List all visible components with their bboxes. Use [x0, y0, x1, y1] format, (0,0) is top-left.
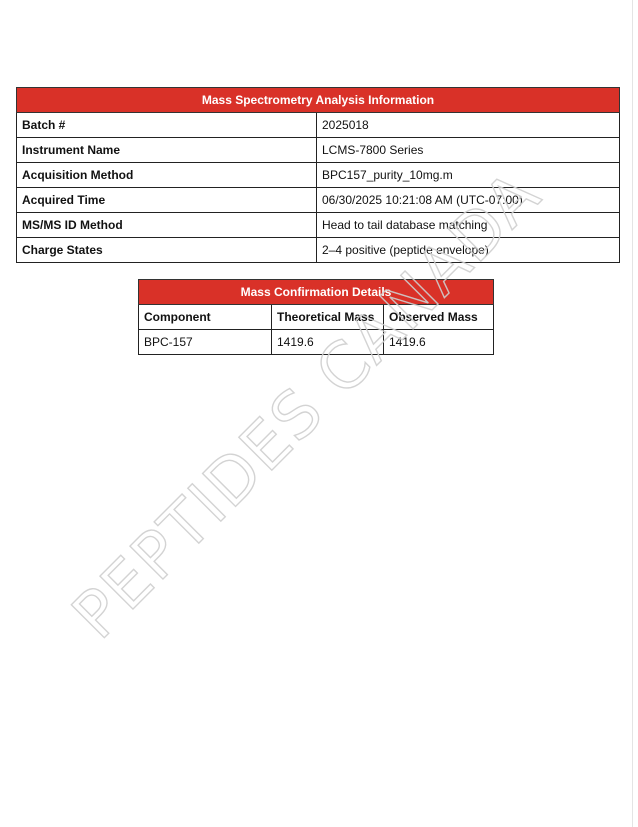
row-value: Head to tail database matching	[317, 213, 620, 238]
table-header-row: Component Theoretical Mass Observed Mass	[139, 305, 494, 330]
table-row: Acquisition Method BPC157_purity_10mg.m	[17, 163, 620, 188]
row-label: Batch #	[17, 113, 317, 138]
table-row: BPC-157 1419.6 1419.6	[139, 330, 494, 355]
row-value: LCMS-7800 Series	[317, 138, 620, 163]
row-value: 2025018	[317, 113, 620, 138]
table-row: Batch # 2025018	[17, 113, 620, 138]
row-label: Instrument Name	[17, 138, 317, 163]
cell-observed-mass: 1419.6	[384, 330, 494, 355]
column-header-observed-mass: Observed Mass	[384, 305, 494, 330]
row-label: Charge States	[17, 238, 317, 263]
row-label: Acquired Time	[17, 188, 317, 213]
mass-table-title: Mass Confirmation Details	[139, 280, 494, 305]
table-row: Acquired Time 06/30/2025 10:21:08 AM (UT…	[17, 188, 620, 213]
row-value: 06/30/2025 10:21:08 AM (UTC-07:00)	[317, 188, 620, 213]
cell-theoretical-mass: 1419.6	[272, 330, 384, 355]
column-header-theoretical-mass: Theoretical Mass	[272, 305, 384, 330]
table-row: MS/MS ID Method Head to tail database ma…	[17, 213, 620, 238]
page-edge	[632, 0, 633, 827]
mass-spectrometry-info-table: Mass Spectrometry Analysis Information B…	[16, 87, 620, 263]
row-value: BPC157_purity_10mg.m	[317, 163, 620, 188]
table-row: Instrument Name LCMS-7800 Series	[17, 138, 620, 163]
table-row: Charge States 2–4 positive (peptide enve…	[17, 238, 620, 263]
column-header-component: Component	[139, 305, 272, 330]
row-label: MS/MS ID Method	[17, 213, 317, 238]
row-value: 2–4 positive (peptide envelope)	[317, 238, 620, 263]
mass-confirmation-table: Mass Confirmation Details Component Theo…	[138, 279, 494, 355]
cell-component: BPC-157	[139, 330, 272, 355]
row-label: Acquisition Method	[17, 163, 317, 188]
info-table-title: Mass Spectrometry Analysis Information	[17, 88, 620, 113]
